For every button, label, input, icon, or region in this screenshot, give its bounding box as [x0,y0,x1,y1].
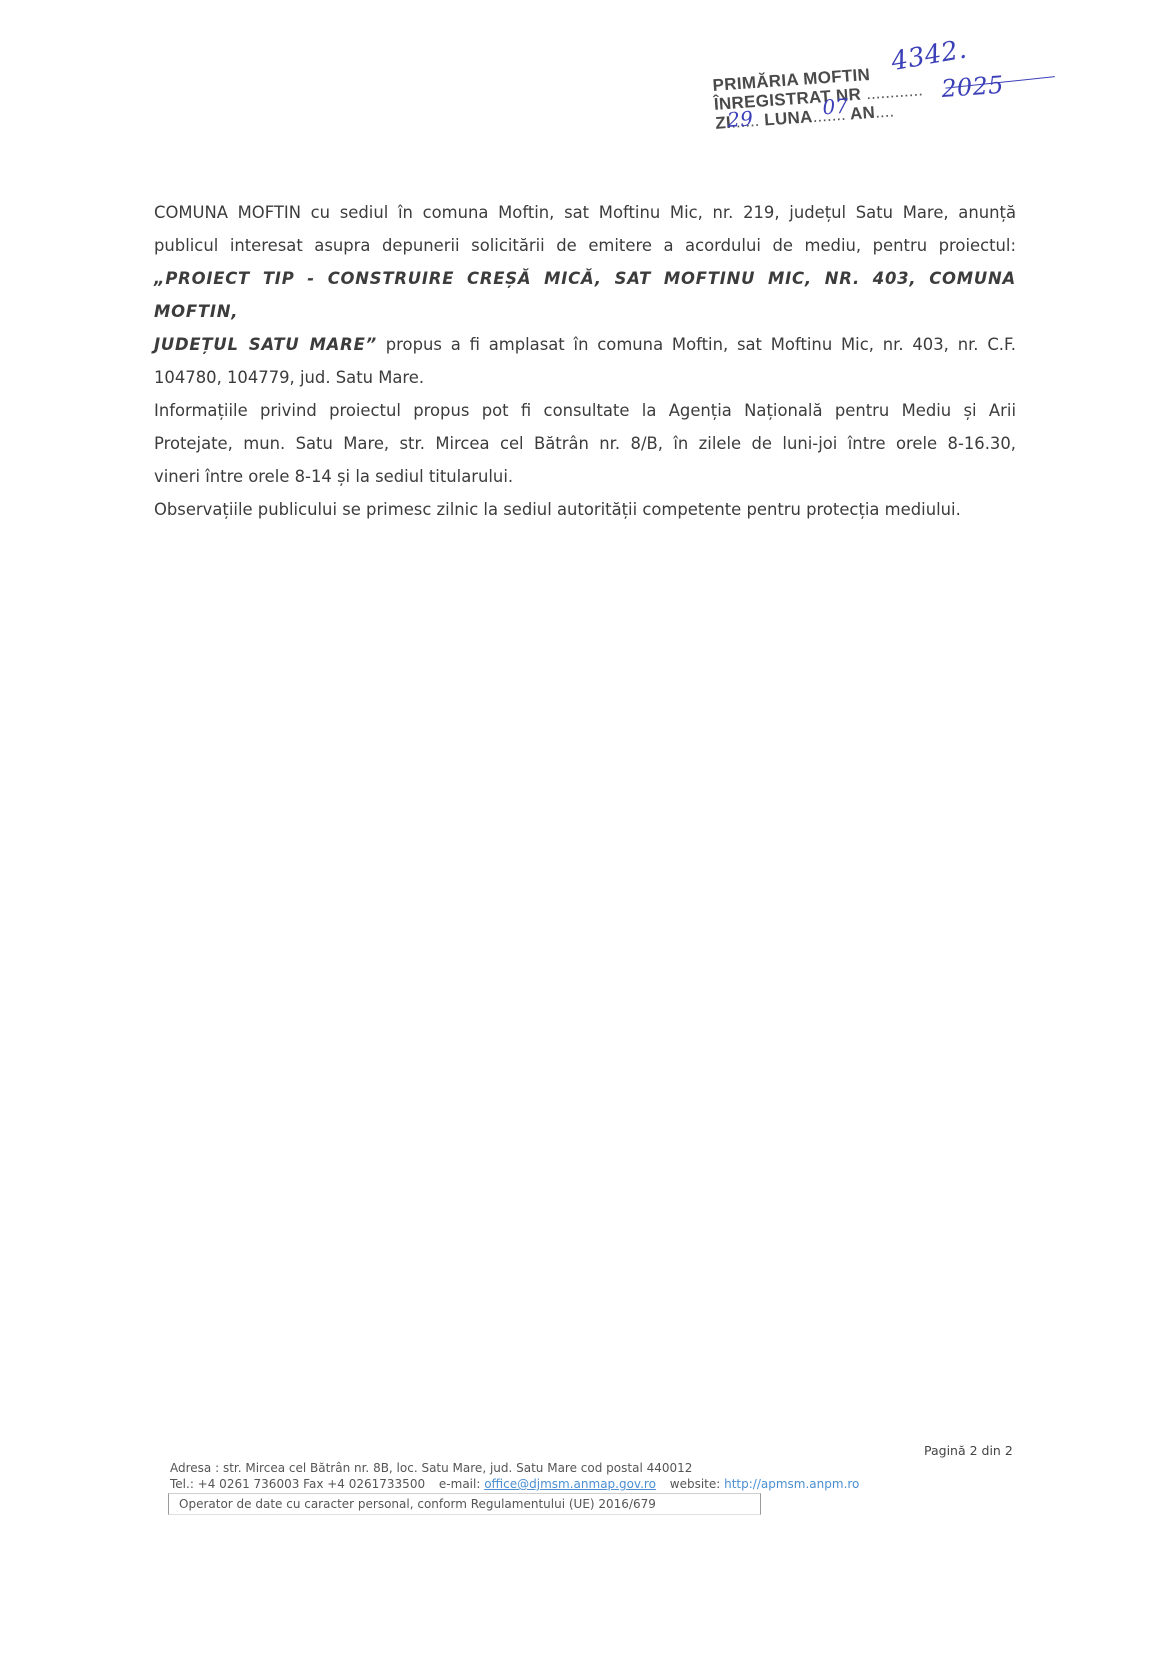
paragraph-1-line-2: publicul interesat asupra depunerii soli… [154,229,1016,262]
handwritten-month: 07 [822,97,849,118]
handwritten-day: 29 [726,109,753,130]
stamp-month-label: LUNA [764,107,814,129]
stamp-dots: .... [874,101,894,121]
project-title-line: „PROIECT TIP - CONSTRUIRE CREȘĂ MICĂ, SA… [154,262,1016,328]
announcement-body: COMUNA MOFTIN cu sediul în comuna Moftin… [154,196,1016,526]
footer-contact-line: Tel.: +4 0261 736003 Fax +4 0261733500 e… [170,1476,859,1492]
project-title: „PROIECT TIP - CONSTRUIRE CREȘĂ MICĂ, SA… [154,269,1016,321]
footer-email-link[interactable]: office@djmsm.anmap.gov.ro [484,1477,656,1491]
paragraph-2-line-2: Protejate, mun. Satu Mare, str. Mircea c… [154,427,1016,460]
paragraph-3-line-1: Observațiile publicului se primesc zilni… [154,493,1016,526]
location-text: propus a fi amplasat în comuna Moftin, s… [377,335,1016,354]
stamp-year-label: AN [849,103,875,124]
page-number: Pagină 2 din 2 [924,1443,1013,1458]
footer-website-label: website: [670,1477,721,1491]
data-operator-notice: Operator de date cu caracter personal, c… [168,1493,761,1515]
paragraph-2-line-3: vineri între orele 8-14 și la sediul tit… [154,460,1016,493]
footer-address: Adresa : str. Mircea cel Bătrân nr. 8B, … [170,1460,859,1476]
footer-website-link[interactable]: http://apmsm.anpm.ro [724,1477,859,1491]
footer-contact: Adresa : str. Mircea cel Bătrân nr. 8B, … [170,1460,859,1492]
footer-phone-fax: Tel.: +4 0261 736003 Fax +4 0261733500 [170,1477,425,1491]
paragraph-2-line-1: Informațiile privind proiectul propus po… [154,394,1016,427]
registration-stamp: PRIMĂRIA MOFTIN ÎNREGISTRAT NR .........… [712,54,1037,156]
paragraph-1-line-5: 104780, 104779, jud. Satu Mare. [154,361,1016,394]
footer-email-label: e-mail: [439,1477,480,1491]
paragraph-1-line-4: JUDEȚUL SATU MARE” propus a fi amplasat … [154,328,1016,361]
project-title-county: JUDEȚUL SATU MARE” [154,335,377,354]
paragraph-1-line-1: COMUNA MOFTIN cu sediul în comuna Moftin… [154,196,1016,229]
